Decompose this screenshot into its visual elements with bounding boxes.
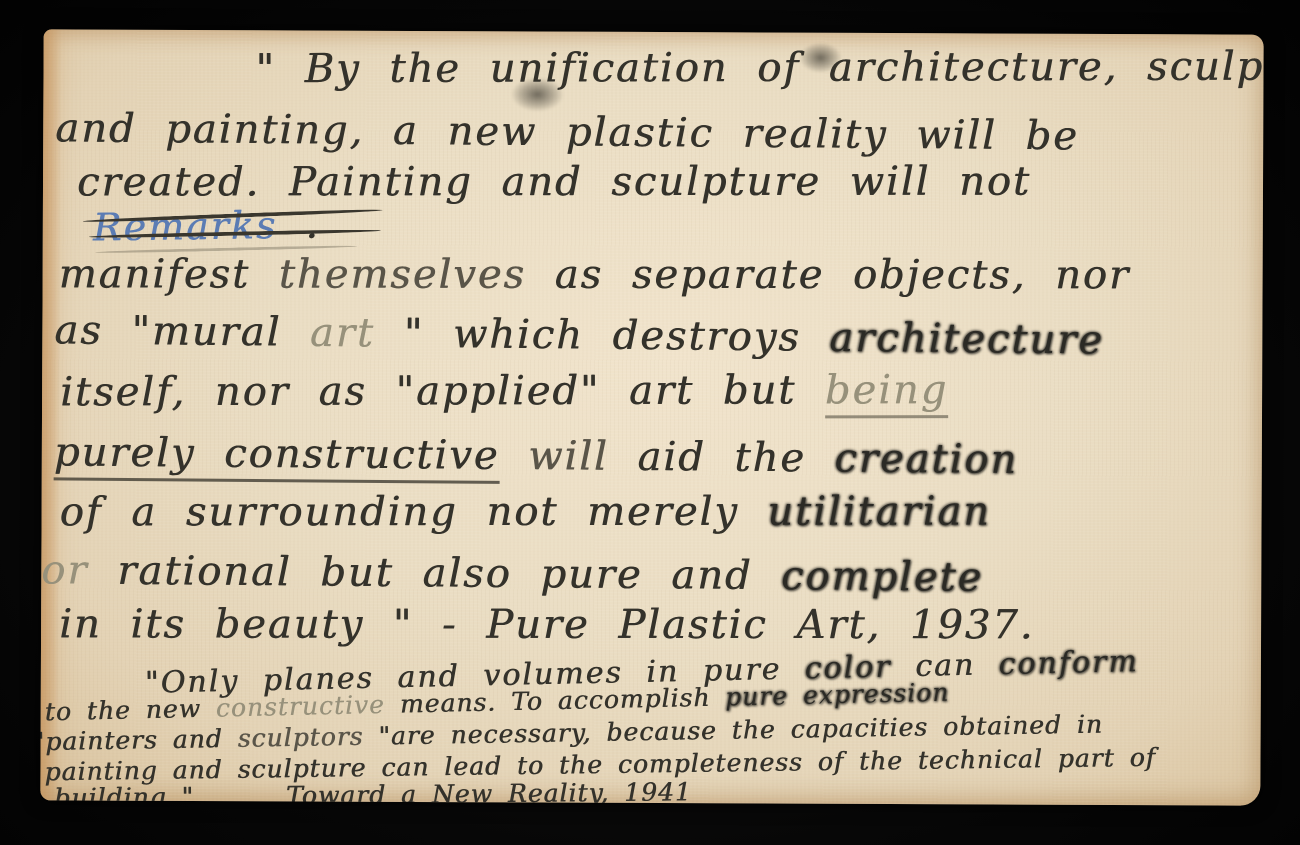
text-segment: created. Painting and sculpture will not: [77, 159, 1031, 206]
handwritten-line: and painting, a new plastic reality will…: [55, 105, 1079, 159]
index-card: " By the unification of architecture, sc…: [40, 29, 1263, 805]
text-segment: as "mural: [54, 307, 310, 355]
text-segment: "painters and: [40, 724, 237, 756]
underlined-phrase: purely constructive: [54, 429, 500, 483]
underlined-word: being: [825, 367, 949, 418]
text-segment: constructive: [216, 690, 386, 723]
text-segment: themselves: [279, 252, 526, 298]
handwritten-line: of a surrounding not merely utilitarian: [60, 489, 992, 536]
text-segment: pure: [725, 681, 788, 711]
handwritten-line: " By the unification of architecture, sc…: [255, 43, 1263, 92]
text-segment: utilitarian: [767, 489, 991, 535]
photo-background: " By the unification of architecture, sc…: [0, 0, 1300, 845]
handwritten-line: purely constructive will aid the creatio…: [54, 429, 1019, 483]
handwritten-line: or rational but also pure and complete: [41, 547, 983, 600]
text-segment: manifest: [59, 251, 279, 297]
handwritten-line quote-attribution: building "Toward a New Reality, 1941: [54, 777, 692, 805]
text-segment: will: [499, 433, 609, 480]
text-segment: itself, nor as "applied" art but: [60, 367, 825, 415]
text-segment: to the new: [44, 694, 216, 727]
text-segment: conform: [998, 644, 1139, 682]
text-segment: architecture: [829, 315, 1104, 364]
text-segment: complete: [781, 553, 984, 601]
text-segment: .: [305, 203, 320, 247]
handwritten-line: Remarks .: [93, 203, 320, 250]
text-segment: or: [41, 547, 89, 593]
text-segment: aid the: [609, 434, 835, 482]
text-segment: expression: [788, 678, 950, 711]
text-segment: Remarks: [93, 203, 278, 249]
text-segment: creation: [834, 436, 1018, 483]
text-segment: as separate objects, nor: [526, 252, 1130, 299]
text-segment: of a surrounding not merely: [60, 489, 768, 536]
text-segment: rational but also pure and: [88, 548, 781, 599]
text-segment: art: [310, 310, 404, 357]
handwritten-line quote-attribution: in its beauty " - Pure Plastic Art, 1937…: [59, 601, 1034, 648]
text-segment: and painting, a new plastic reality will…: [55, 105, 1079, 159]
text-segment: sculptors: [237, 722, 363, 753]
text-segment: Toward a New Reality, 1941: [194, 777, 692, 805]
text-segment: means. To accomplish: [385, 683, 726, 719]
text-segment: " which destroys: [404, 311, 830, 361]
crossed-out-word: Remarks: [93, 203, 278, 249]
text-segment: in its beauty " - Pure Plastic Art, 1937…: [59, 601, 1034, 648]
text-segment: " By the unification of architecture, sc…: [255, 43, 1263, 92]
handwritten-line: manifest themselves as separate objects,…: [59, 251, 1130, 298]
handwritten-line: as "mural art " which destroys architect…: [54, 307, 1104, 363]
handwritten-line: created. Painting and sculpture will not: [77, 159, 1031, 206]
handwritten-line: itself, nor as "applied" art but being: [60, 367, 948, 415]
text-segment: building ": [54, 782, 194, 806]
